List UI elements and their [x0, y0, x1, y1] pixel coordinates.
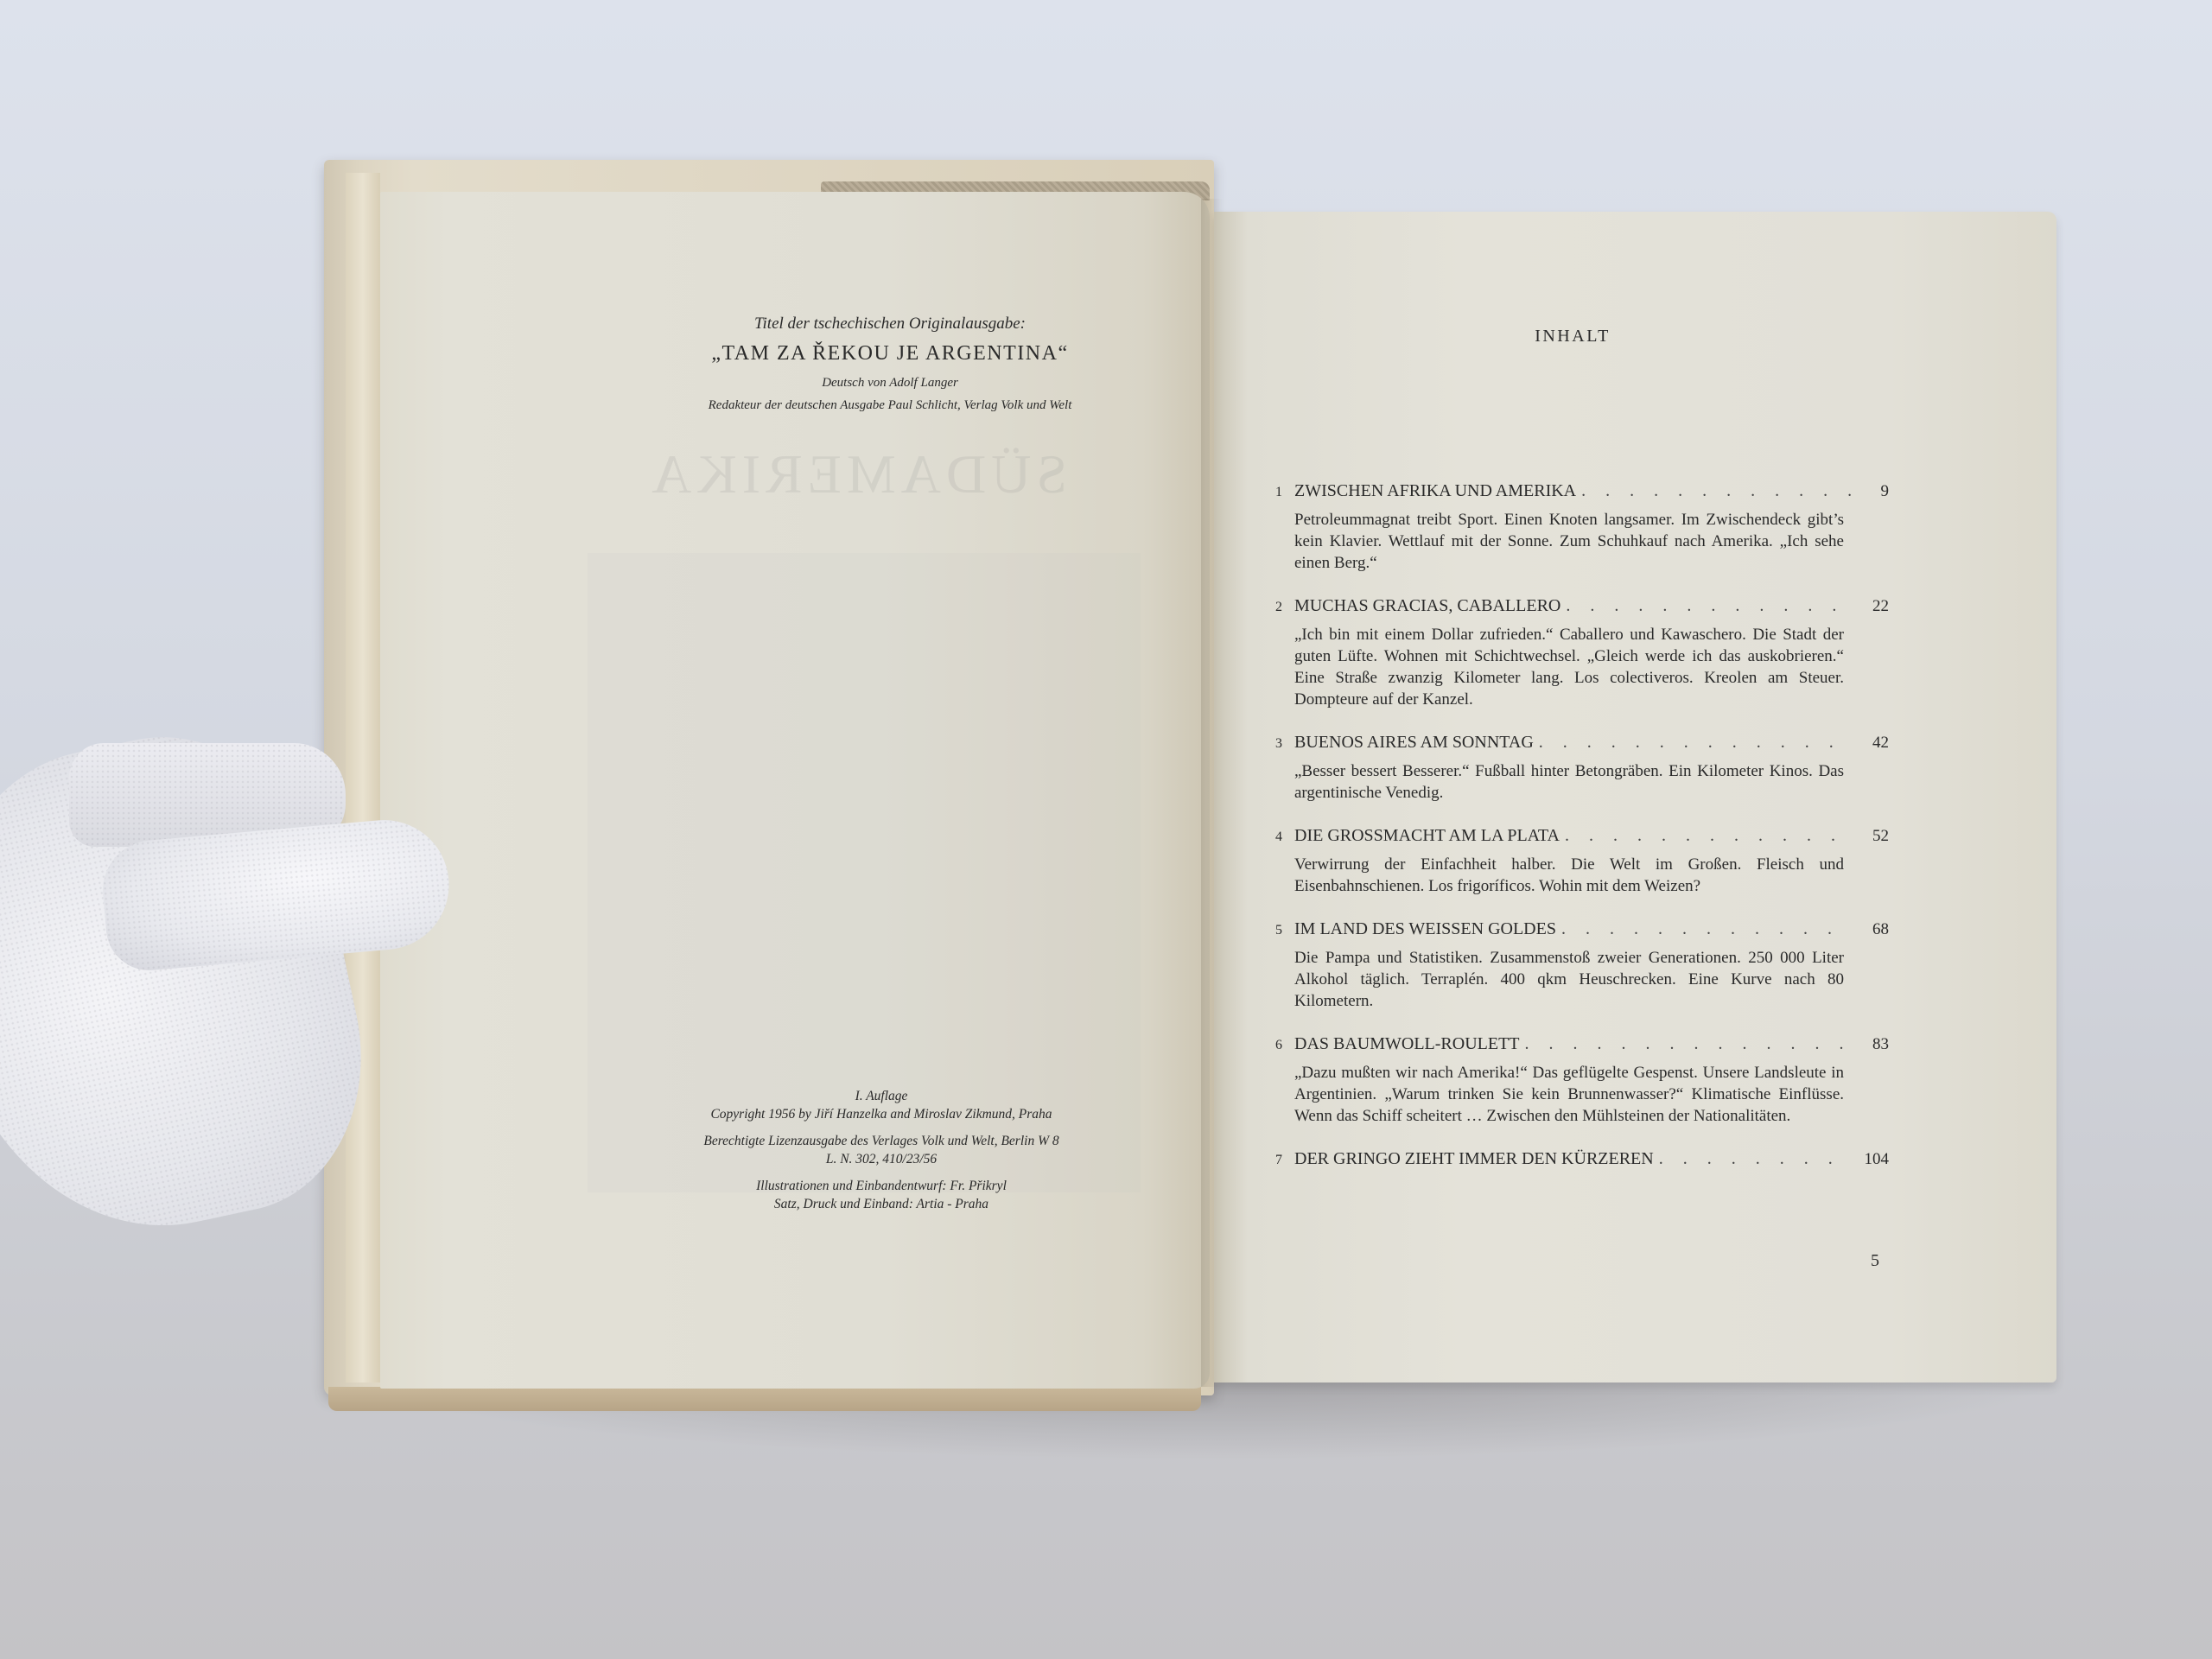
- chapter-summary: Die Pampa und Statistiken. Zusammenstoß …: [1294, 947, 1844, 1012]
- dot-leader: . . . . . . . . . . . . . . . . . . . . …: [1566, 593, 1853, 619]
- chapter-number: 6: [1275, 1033, 1294, 1058]
- chapter-number: 2: [1275, 594, 1294, 620]
- chapter-title: MUCHAS GRACIAS, CABALLERO: [1294, 593, 1560, 619]
- chapter-summary: „Besser bessert Besserer.“ Fußball hinte…: [1294, 760, 1844, 804]
- photo-scene: SÜDAMERIKA Titel der tschechischen Origi…: [0, 0, 2212, 1659]
- copyright-line: Copyright 1956 by Jiří Hanzelka and Miro…: [622, 1105, 1141, 1123]
- toc-entry: 2 MUCHAS GRACIAS, CABALLERO . . . . . . …: [1275, 593, 1889, 710]
- toc-entry: 1 ZWISCHEN AFRIKA UND AMERIKA . . . . . …: [1275, 478, 1889, 574]
- show-through-title: SÜDAMERIKA: [652, 442, 1067, 506]
- chapter-page: 52: [1858, 823, 1889, 849]
- chapter-summary: „Ich bin mit einem Dollar zufrieden.“ Ca…: [1294, 624, 1844, 710]
- original-edition-info: Titel der tschechischen Originalausgabe:…: [605, 313, 1175, 415]
- toc-entry: 7 DER GRINGO ZIEHT IMMER DEN KÜRZEREN . …: [1275, 1146, 1889, 1173]
- translator-credit: Deutsch von Adolf Langer: [605, 373, 1175, 392]
- original-title-label: Titel der tschechischen Originalausgabe:: [605, 313, 1175, 335]
- chapter-title: IM LAND DES WEISSEN GOLDES: [1294, 916, 1556, 942]
- chapter-page: 104: [1858, 1147, 1889, 1173]
- chapter-summary: Petroleummagnat treibt Sport. Einen Knot…: [1294, 509, 1844, 574]
- book-gutter: [1201, 199, 1224, 1387]
- original-title: „TAM ZA ŘEKOU JE ARGENTINA“: [605, 339, 1175, 368]
- chapter-title: DAS BAUMWOLL-ROULETT: [1294, 1031, 1520, 1057]
- chapter-title: DIE GROSSMACHT AM LA PLATA: [1294, 823, 1560, 849]
- dot-leader: . . . . . . . . . . . . . . . . . . . . …: [1525, 1031, 1853, 1057]
- dot-leader: . . . . . . . . . . . . . . . . . . . . …: [1581, 478, 1853, 504]
- toc-entry: 6 DAS BAUMWOLL-ROULETT . . . . . . . . .…: [1275, 1031, 1889, 1127]
- chapter-title: DER GRINGO ZIEHT IMMER DEN KÜRZEREN: [1294, 1146, 1654, 1172]
- chapter-page: 42: [1858, 730, 1889, 756]
- page-number: 5: [1871, 1251, 1879, 1271]
- chapter-number: 7: [1275, 1147, 1294, 1173]
- toc-entry: 3 BUENOS AIRES AM SONNTAG . . . . . . . …: [1275, 729, 1889, 804]
- license-line: Berechtigte Lizenzausgabe des Verlages V…: [622, 1132, 1141, 1150]
- chapter-summary: „Dazu mußten wir nach Amerika!“ Das gefl…: [1294, 1062, 1844, 1127]
- editor-credit: Redakteur der deutschen Ausgabe Paul Sch…: [605, 396, 1175, 415]
- dot-leader: . . . . . . . . . . . . . . . . . . . . …: [1561, 916, 1853, 942]
- toc-entry: 5 IM LAND DES WEISSEN GOLDES . . . . . .…: [1275, 916, 1889, 1012]
- chapter-page: 68: [1858, 917, 1889, 943]
- toc-entry: 4 DIE GROSSMACHT AM LA PLATA . . . . . .…: [1275, 823, 1889, 897]
- imprint-block: I. Auflage Copyright 1956 by Jiří Hanzel…: [622, 1087, 1141, 1213]
- endpaper-edge: [346, 173, 380, 1382]
- edition-line: I. Auflage: [622, 1087, 1141, 1105]
- illustrations-credit: Illustrationen und Einbandentwurf: Fr. P…: [622, 1177, 1141, 1195]
- chapter-number: 3: [1275, 731, 1294, 757]
- chapter-number: 1: [1275, 480, 1294, 505]
- chapter-number: 4: [1275, 824, 1294, 850]
- table-of-contents: 1 ZWISCHEN AFRIKA UND AMERIKA . . . . . …: [1275, 478, 1889, 1192]
- chapter-title: BUENOS AIRES AM SONNTAG: [1294, 729, 1534, 755]
- dot-leader: . . . . . . . . . . . . . . . . . . . . …: [1539, 729, 1853, 755]
- printing-credit: Satz, Druck und Einband: Artia - Praha: [622, 1195, 1141, 1213]
- cover-bottom-edge: [328, 1387, 1201, 1411]
- toc-heading: INHALT: [1469, 327, 1676, 346]
- license-number-line: L. N. 302, 410/23/56: [622, 1150, 1141, 1168]
- dot-leader: . . . . . . . . . . . . . . . . . . . . …: [1659, 1146, 1853, 1172]
- chapter-page: 22: [1858, 594, 1889, 620]
- chapter-page: 9: [1858, 479, 1889, 505]
- chapter-number: 5: [1275, 918, 1294, 944]
- chapter-page: 83: [1858, 1032, 1889, 1058]
- chapter-summary: Verwirrung der Einfachheit halber. Die W…: [1294, 854, 1844, 897]
- chapter-title: ZWISCHEN AFRIKA UND AMERIKA: [1294, 478, 1576, 504]
- dot-leader: . . . . . . . . . . . . . . . . . . . . …: [1565, 823, 1853, 849]
